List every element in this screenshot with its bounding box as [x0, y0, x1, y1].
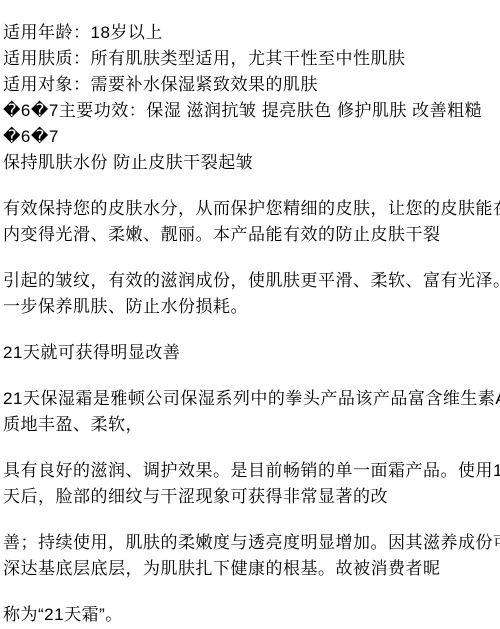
text-line: 内变得光滑、柔嫩、靓丽。本产品能有效的防止皮肤干裂: [3, 222, 498, 248]
text-line: 天后，脸部的细纹与干涩现象可获得非常显著的改: [3, 484, 498, 510]
text-line: 质地丰盈、柔软，: [3, 412, 498, 438]
text-line: 具有良好的滋润、调护效果。是目前畅销的单一面霜产品。使用14至21: [3, 458, 498, 484]
spec-line-age: 适用年龄：18岁以上: [3, 20, 498, 46]
text-line: 一步保养肌肤、防止水份损耗。: [3, 294, 498, 320]
spec-line-skin-type: 适用肤质：所有肌肤类型适用，尤其干性至中性肌肤: [3, 46, 498, 72]
body-paragraph-1: 有效保持您的皮肤水分，从而保护您精细的皮肤，让您的皮肤能在短期 内变得光滑、柔嫩…: [3, 196, 498, 248]
document-page: 适用年龄：18岁以上 适用肤质：所有肌肤类型适用，尤其干性至中性肌肤 适用对象：…: [0, 0, 500, 629]
spec-line-target: 适用对象：需要补水保湿紧致效果的肌肤: [3, 72, 498, 98]
body-paragraph-4: 21天保湿霜是雅顿公司保湿系列中的拳头产品该产品富含维生素A脂， 质地丰盈、柔软…: [3, 386, 498, 438]
text-line: 21天保湿霜是雅顿公司保湿系列中的拳头产品该产品富含维生素A脂，: [3, 386, 498, 412]
text-line: 称为“21天霜”。: [3, 602, 498, 628]
spec-list-paragraph: 适用年龄：18岁以上 适用肤质：所有肌肤类型适用，尤其干性至中性肌肤 适用对象：…: [3, 20, 498, 176]
body-paragraph-5: 具有良好的滋润、调护效果。是目前畅销的单一面霜产品。使用14至21 天后，脸部的…: [3, 458, 498, 510]
spec-line-effects: �6�7主要功效：保湿 滋润抗皱 提亮肤色 修护肌肤 改善粗糙: [3, 98, 498, 124]
body-paragraph-6: 善；持续使用，肌肤的柔嫩度与透亮度明显增加。因其滋养成份可渗透 深达基底层底层，…: [3, 530, 498, 582]
mojibake-line: �6�7: [3, 124, 498, 150]
body-paragraph-3: 21天就可获得明显改善: [3, 340, 498, 366]
spec-line-moisture: 保持肌肤水份 防止皮肤干裂起皱: [3, 150, 498, 176]
text-line: 善；持续使用，肌肤的柔嫩度与透亮度明显增加。因其滋养成份可渗透: [3, 530, 498, 556]
text-line: 有效保持您的皮肤水分，从而保护您精细的皮肤，让您的皮肤能在短期: [3, 196, 498, 222]
text-line: 深达基底层底层，为肌肤扎下健康的根基。故被消费者昵: [3, 556, 498, 582]
body-paragraph-7: 称为“21天霜”。: [3, 602, 498, 628]
body-paragraph-2: 引起的皱纹，有效的滋润成份，使肌肤更平滑、柔软、富有光泽。能进 一步保养肌肤、防…: [3, 268, 498, 320]
text-line: 21天就可获得明显改善: [3, 340, 498, 366]
text-line: 引起的皱纹，有效的滋润成份，使肌肤更平滑、柔软、富有光泽。能进: [3, 268, 498, 294]
